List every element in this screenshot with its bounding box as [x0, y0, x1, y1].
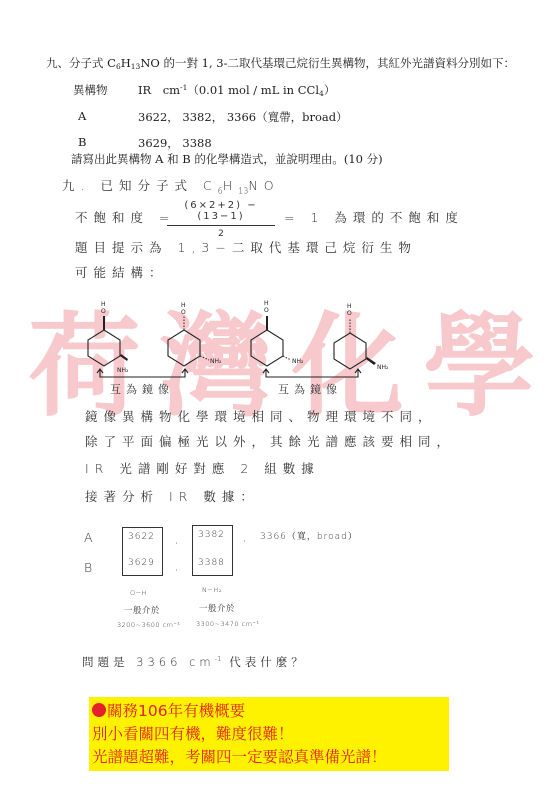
svg-text:O: O [101, 308, 106, 315]
svg-text:H: H [101, 301, 106, 308]
svg-text:O: O [264, 307, 269, 314]
svg-text:NH₂: NH₂ [292, 358, 304, 365]
svg-text:H: H [347, 303, 352, 310]
answer-line-4: 可能結構： [75, 263, 168, 281]
comma: , [175, 536, 179, 546]
paragraph-line-2: 除了平面偏極光以外，其餘光譜應該要相同， [85, 432, 455, 450]
oh-range: 3200~3600 cm⁻¹ [117, 621, 181, 629]
ir-condition: （0.01 mol / mL in CCl [187, 83, 319, 97]
wedge-bond [120, 354, 128, 361]
unsaturation-result: = 1 為環的不飽和度 [284, 208, 464, 226]
question-prompt: 請寫出此異構物 A 和 B 的化學構造式，並說明理由。(10 分) [71, 151, 383, 167]
wedge-bond [366, 357, 376, 365]
svg-text:NH₂: NH₂ [117, 367, 129, 374]
promo-banner: 關務106年有機概要 別小看關四有機，難度很難！ 光譜題超難，考關四一定要認真準… [89, 697, 449, 771]
promo-title: 關務106年有機概要 [107, 702, 245, 720]
svg-text:O: O [347, 310, 352, 317]
svg-text:H: H [181, 302, 186, 309]
comma: , [175, 563, 179, 573]
paragraph-line-3: IR 光譜剛好對應 2 組數據 [85, 459, 320, 477]
answer-line-1: 九. 已知分子式 C6H13NO [62, 176, 280, 196]
ir-label: IR cm [138, 83, 180, 97]
ir-value-a-1: 3622 [128, 532, 155, 542]
ir-value-a-2: 3382 [198, 530, 225, 540]
fraction-numerator: (6×2+2) − (13−1) [167, 200, 275, 226]
svg-text:NH₂: NH₂ [377, 364, 389, 371]
oh-group-label: O−H [130, 589, 147, 597]
question-stem: 九、分子式 C6H13NO 的一對 1, 3-二取代基環己烷衍生異構物，其紅外光… [46, 55, 515, 71]
ir-row-label-b: B [84, 560, 98, 575]
paragraph-line-1: 鏡像異構物化學環境相同、物理環境不同， [85, 407, 437, 425]
unsaturation-fraction: (6×2+2) − (13−1) 2 [167, 200, 275, 239]
molecule-diagram: HO HO HO HO NH₂ NH₂ NH₂ NH₂ [0, 290, 552, 400]
wedge-bond [103, 316, 105, 330]
formula-subscript: 13 [131, 62, 141, 71]
stem-text: 分子式 C [69, 56, 116, 70]
ir-row-label-a: A [84, 530, 99, 545]
comma: , [243, 534, 247, 544]
question-number: 九、 [46, 56, 69, 70]
ir-value-b-1: 3629 [128, 558, 155, 568]
nh-note: 一般介於 [199, 602, 235, 614]
answer-text: H [223, 178, 238, 193]
ir-value-a-3: 3366（寬，broad） [260, 529, 358, 542]
final-question-text: 問題是 3366 cm [82, 655, 215, 669]
nh-group-label: N−H₂ [202, 586, 222, 594]
paragraph-line-4: 接著分析 IR 數據： [85, 487, 259, 505]
promo-line-1: 關務106年有機概要 [92, 700, 449, 723]
nh-range: 3300~3470 cm⁻¹ [196, 620, 260, 628]
ir-condition: ） [324, 83, 336, 97]
row-b-values: 3629， 3388 [138, 135, 212, 151]
row-a-values: 3622， 3382， 3366（寬帶，broad） [138, 109, 348, 125]
promo-line-3: 光譜題超難，考關四一定要認真準備光譜！ [92, 746, 449, 769]
promo-line-2: 別小看關四有機，難度很難！ [92, 723, 449, 746]
formula-text: H [121, 56, 131, 70]
formula-subscript: 13 [238, 187, 248, 196]
unsaturation-label: 不飽和度 = [75, 208, 175, 226]
stem-text: NO 的一對 1, 3-二取代基環己烷衍生異構物，其紅外光譜資料分別如下： [140, 56, 515, 70]
oh-note: 一般介於 [124, 604, 160, 616]
table-header-ir: IR cm-1（0.01 mol / mL in CCl4） [138, 82, 335, 98]
svg-text:O: O [181, 309, 186, 316]
answer-text: NO [248, 178, 279, 193]
question-block: 九、分子式 C6H13NO 的一對 1, 3-二取代基環己烷衍生異構物，其紅外光… [0, 0, 552, 170]
svg-text:H: H [264, 300, 269, 307]
table-header-isomer: 異構物 [73, 82, 108, 98]
wedge-bond [266, 316, 268, 330]
row-a-isomer: A [78, 109, 86, 123]
row-b-isomer: B [78, 135, 86, 149]
final-question: 問題是 3366 cm-1 代表什麼？ [82, 654, 307, 670]
svg-text:NH₂: NH₂ [210, 358, 222, 365]
ir-value-b-2: 3388 [198, 558, 225, 568]
answer-text: 九. 已知分子式 C [62, 178, 218, 193]
superscript: -1 [215, 655, 222, 663]
final-question-text: 代表什麼？ [222, 655, 307, 669]
red-dot-icon [92, 703, 106, 717]
answer-line-3: 題目提示為 1,3−二取代基環己烷衍生物 [75, 238, 417, 256]
